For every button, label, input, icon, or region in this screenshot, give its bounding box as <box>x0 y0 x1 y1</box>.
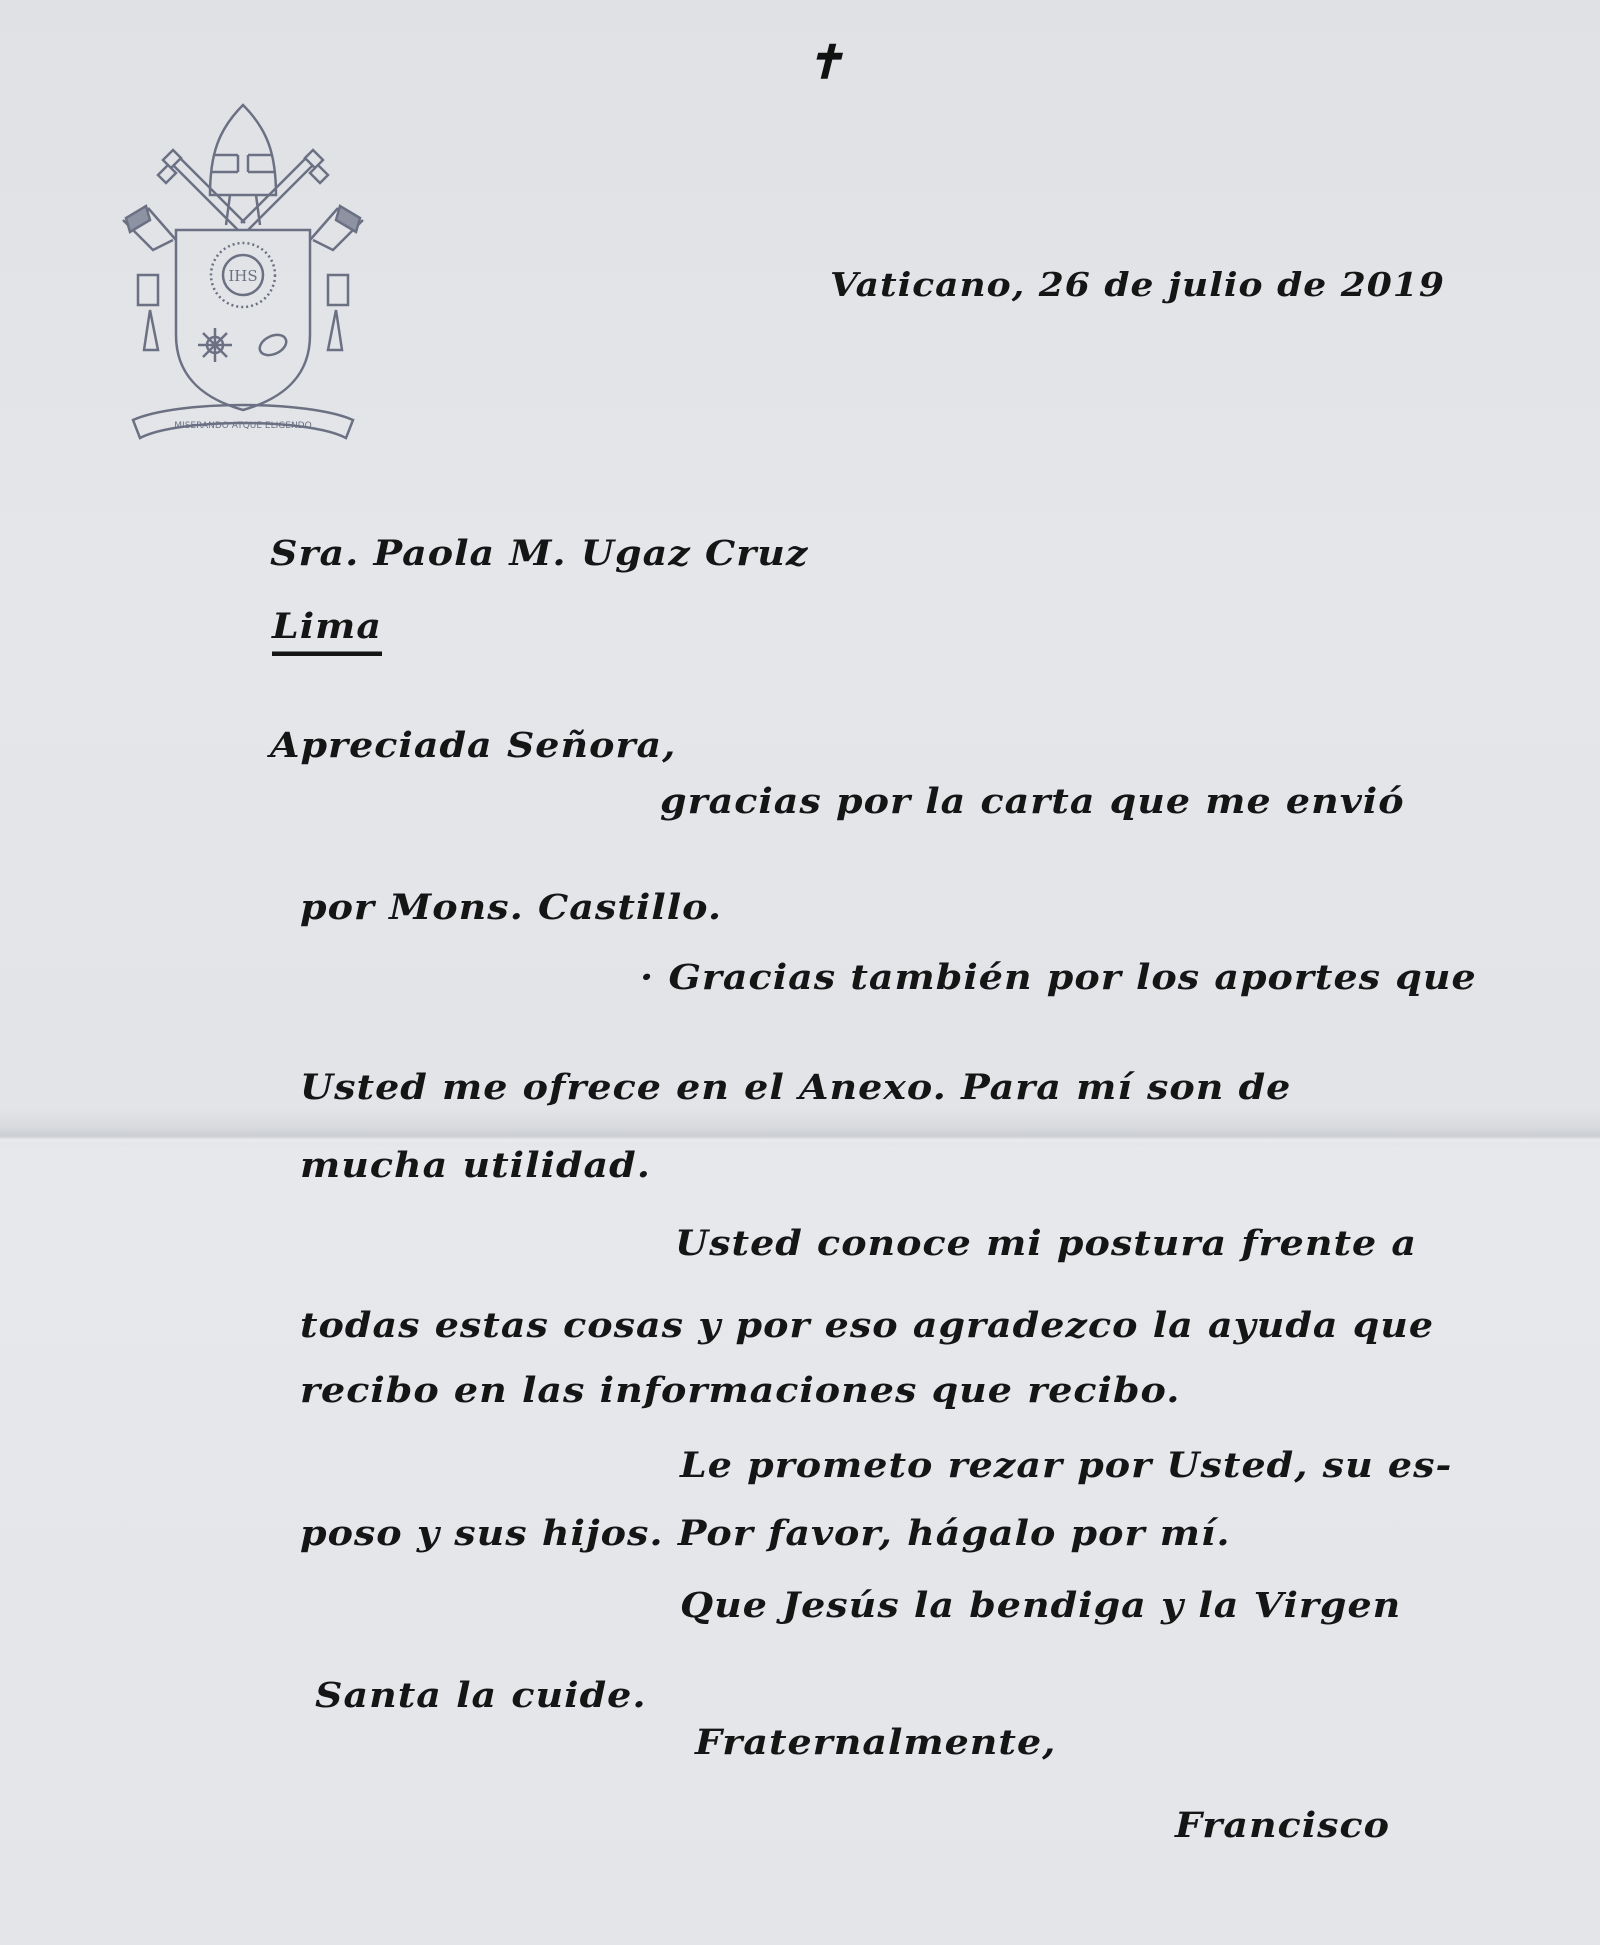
body-line: poso y sus hijos. Por favor, hágalo por … <box>300 1513 1231 1554</box>
body-line: gracias por la carta que me envió <box>660 781 1405 822</box>
body-line: por Mons. Castillo. <box>300 887 722 928</box>
body-line: Usted me ofrece en el Anexo. Para mí son… <box>300 1067 1291 1108</box>
closing: Fraternalmente, <box>695 1722 1056 1763</box>
recipient-city: Lima <box>272 606 382 656</box>
svg-text:MISERANDO ATQUE ELIGENDO: MISERANDO ATQUE ELIGENDO <box>174 421 311 431</box>
body-line: · Gracias también por los aportes que <box>640 957 1477 998</box>
body-line: Usted conoce mi postura frente a <box>675 1223 1417 1264</box>
cross-mark: ✝ <box>805 35 844 89</box>
body-line: Le prometo rezar por Usted, su es- <box>680 1445 1452 1486</box>
body-line: todas estas cosas y por eso agradezco la… <box>300 1305 1434 1346</box>
recipient-name: Sra. Paola M. Ugaz Cruz <box>270 533 809 574</box>
body-line: Santa la cuide. <box>315 1675 647 1716</box>
body-line: Que Jesús la bendiga y la Virgen <box>680 1585 1401 1626</box>
signature: Francisco <box>1175 1805 1390 1846</box>
papal-coat-of-arms-icon: IHS MISERANDO ATQUE ELIGENDO <box>118 100 368 450</box>
svg-text:IHS: IHS <box>228 267 257 285</box>
paper-fold-crease <box>0 1128 1600 1144</box>
date-line: Vaticano, 26 de julio de 2019 <box>830 266 1445 304</box>
salutation: Apreciada Señora, <box>270 725 676 766</box>
body-line: recibo en las informaciones que recibo. <box>300 1370 1180 1411</box>
body-line: mucha utilidad. <box>300 1145 651 1186</box>
